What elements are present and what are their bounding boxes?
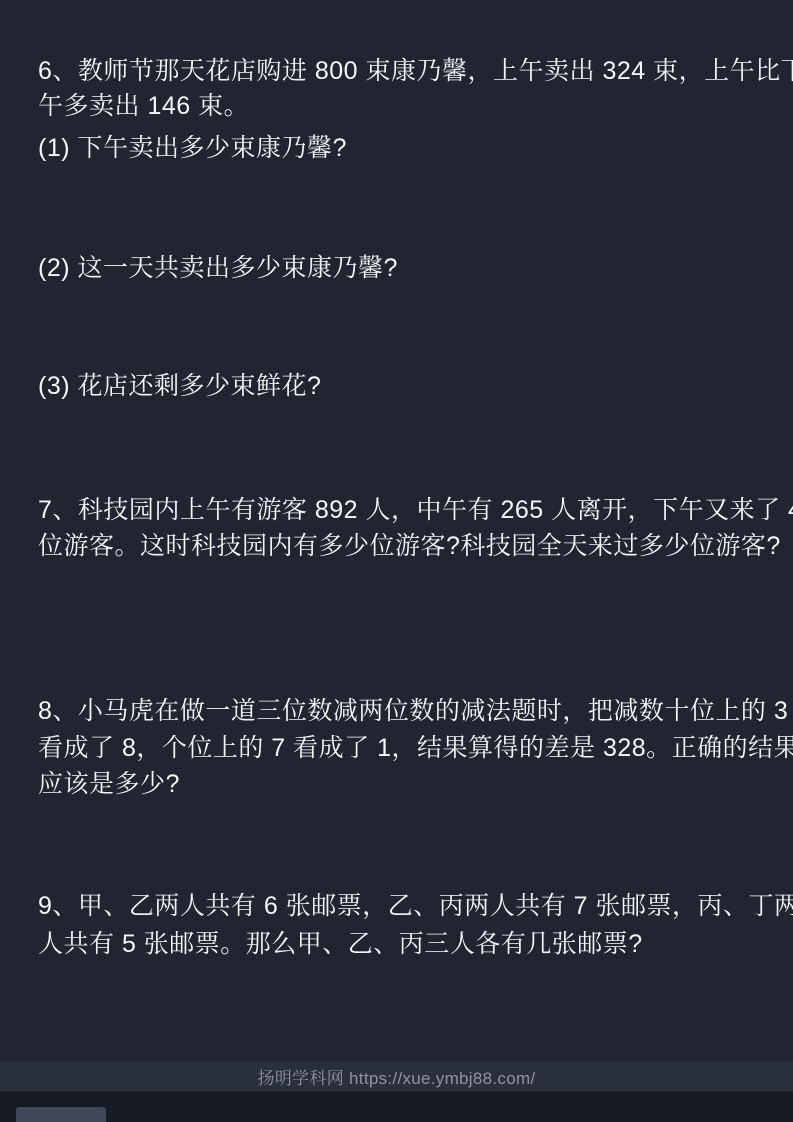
problem-9-line-1: 9、甲、乙两人共有 6 张邮票，乙、丙两人共有 7 张邮票，丙、丁两 [38, 888, 768, 924]
problem-7-line-2: 位游客。这时科技园内有多少位游客?科技园全天来过多少位游客? [38, 528, 768, 564]
footer-watermark-band: 扬明学科网 https://xue.ymbj88.com/ [0, 1061, 793, 1091]
problem-6-line-2: 午多卖出 146 束。 [38, 88, 768, 124]
problem-6-subquestion-2: (2) 这一天共卖出多少束康乃馨? [38, 250, 768, 286]
problem-8-line-2: 看成了 8，个位上的 7 看成了 1，结果算得的差是 328。正确的结果 [38, 730, 768, 766]
problem-9-line-2: 人共有 5 张邮票。那么甲、乙、丙三人各有几张邮票? [38, 926, 768, 962]
problem-8-line-3: 应该是多少? [38, 766, 768, 802]
problem-7-line-1: 7、科技园内上午有游客 892 人，中午有 265 人离开，下午又来了 403 [38, 492, 768, 528]
bottom-strip [0, 1091, 793, 1122]
bottom-left-accent [16, 1107, 106, 1122]
problem-6-subquestion-1: (1) 下午卖出多少束康乃馨? [38, 130, 768, 166]
problem-8-line-1: 8、小马虎在做一道三位数减两位数的减法题时，把减数十位上的 3 [38, 693, 768, 729]
watermark-text: 扬明学科网 https://xue.ymbj88.com/ [258, 1064, 536, 1089]
worksheet-page: 6、教师节那天花店购进 800 束康乃馨，上午卖出 324 束，上午比下 午多卖… [0, 0, 793, 1122]
problem-6-subquestion-3: (3) 花店还剩多少束鲜花? [38, 368, 768, 404]
problem-6-line-1: 6、教师节那天花店购进 800 束康乃馨，上午卖出 324 束，上午比下 [38, 53, 768, 89]
